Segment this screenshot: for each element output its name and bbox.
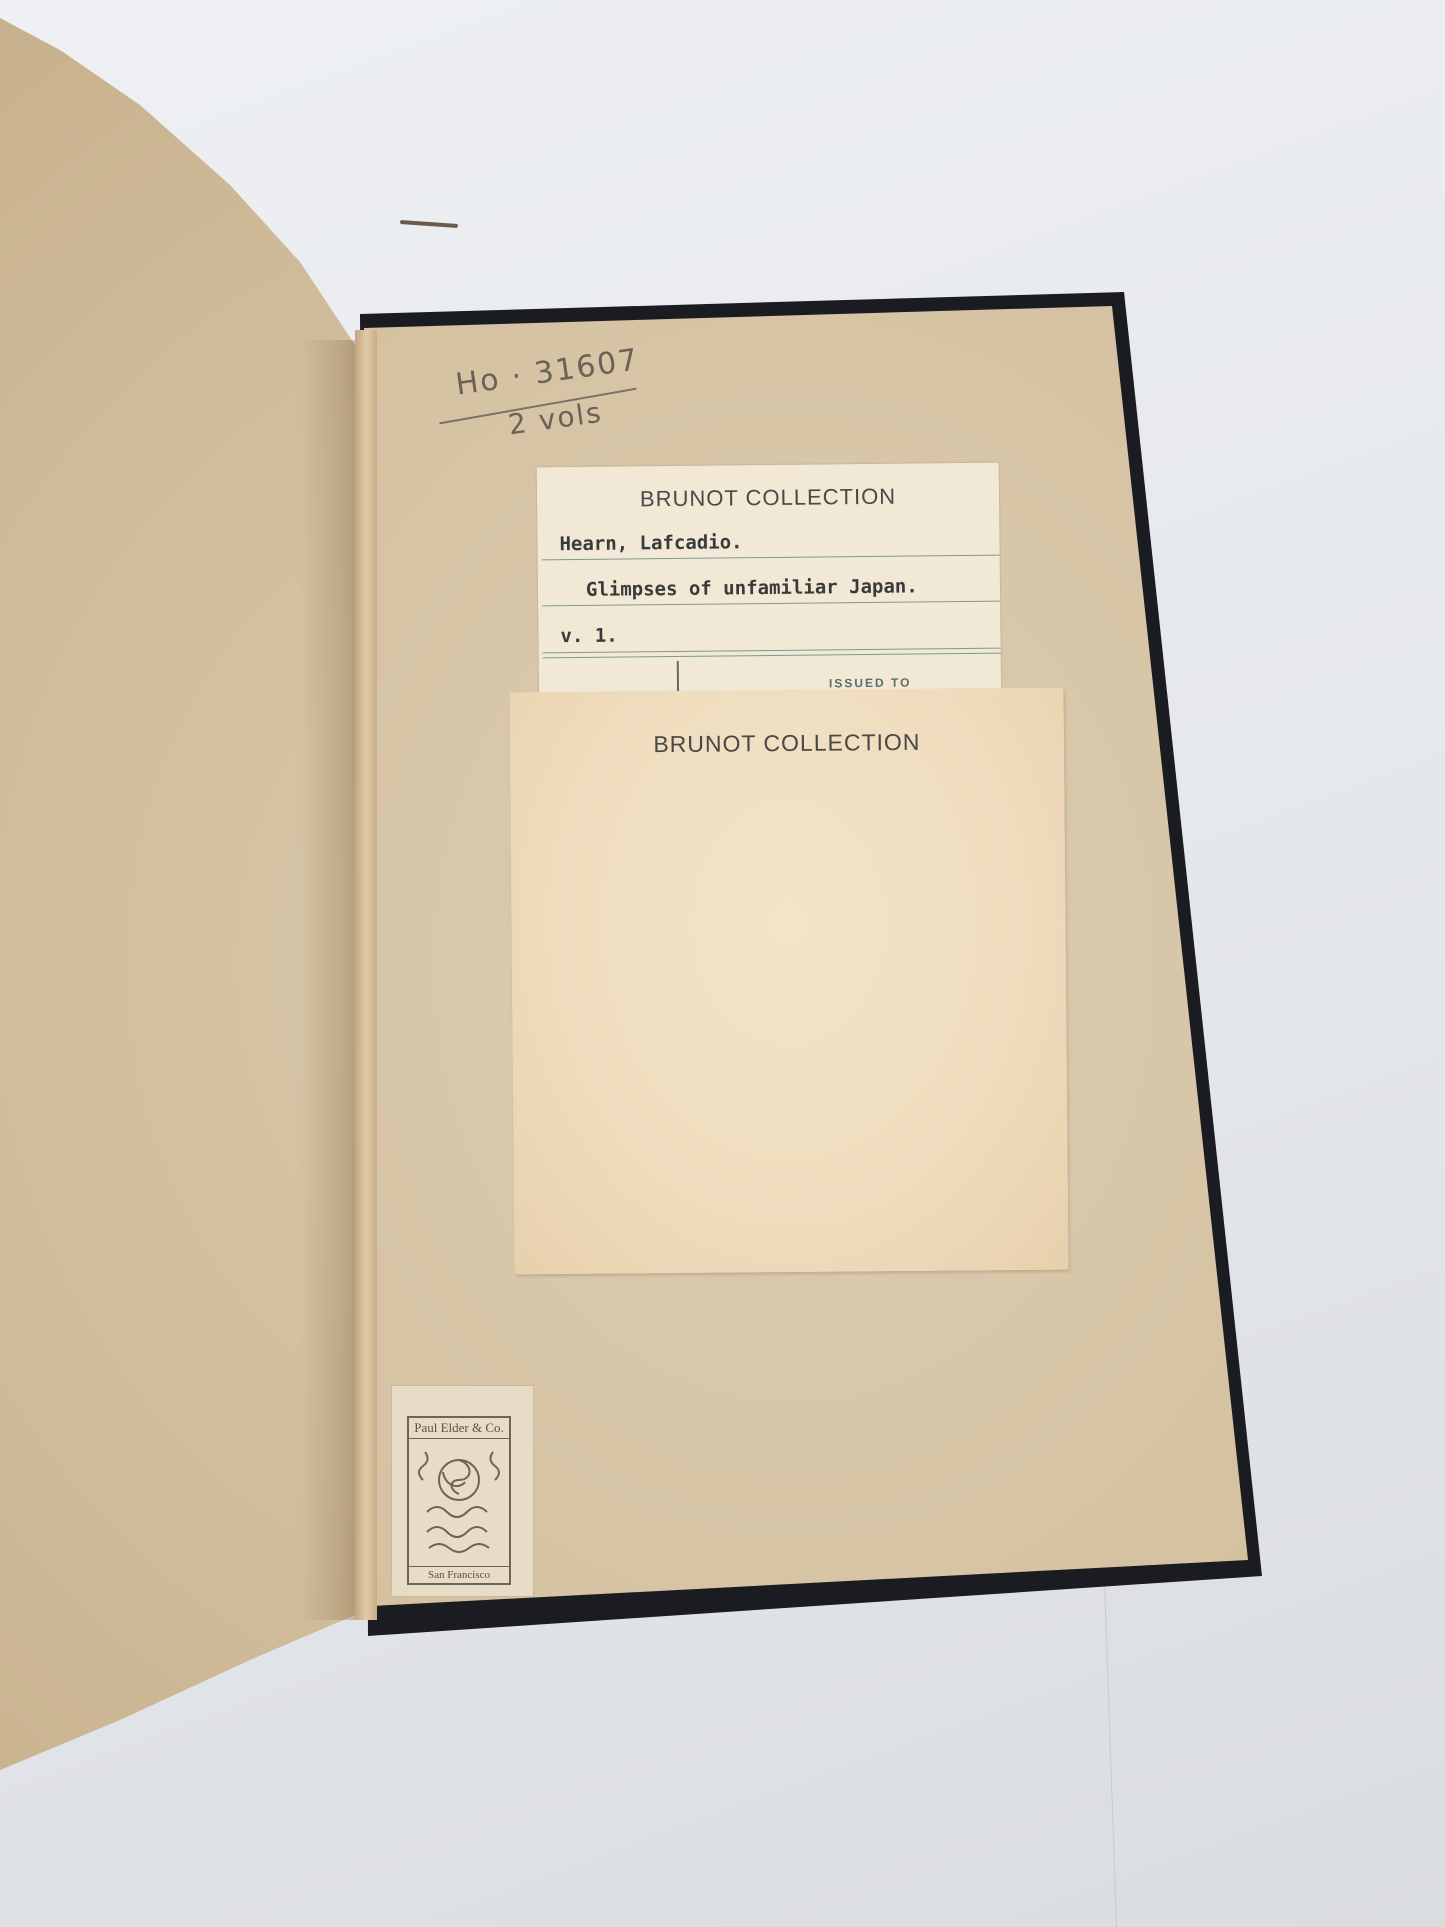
card-header: BRUNOT COLLECTION	[537, 483, 999, 514]
bookseller-name: Paul Elder & Co.	[409, 1420, 509, 1439]
tomoe-swirl-icon	[415, 1442, 503, 1557]
pocket-header: BRUNOT COLLECTION	[510, 728, 1064, 760]
card-title: Glimpses of unfamiliar Japan.	[586, 575, 918, 600]
bookseller-label: Paul Elder & Co. San Francisco	[391, 1385, 534, 1597]
bookseller-label-frame: Paul Elder & Co. San Francisco	[407, 1416, 511, 1585]
card-volume: v. 1.	[560, 625, 617, 648]
hinge	[355, 330, 377, 1620]
card-author: Hearn, Lafcadio.	[559, 531, 742, 555]
card-rule	[542, 601, 1000, 607]
bookseller-city: San Francisco	[409, 1566, 509, 1581]
card-pocket: BRUNOT COLLECTION	[509, 688, 1068, 1275]
card-rule	[543, 653, 1001, 659]
card-rule	[542, 555, 1000, 561]
speck	[400, 220, 458, 228]
library-book-card[interactable]: BRUNOT COLLECTION Hearn, Lafcadio. Glimp…	[537, 463, 1002, 718]
